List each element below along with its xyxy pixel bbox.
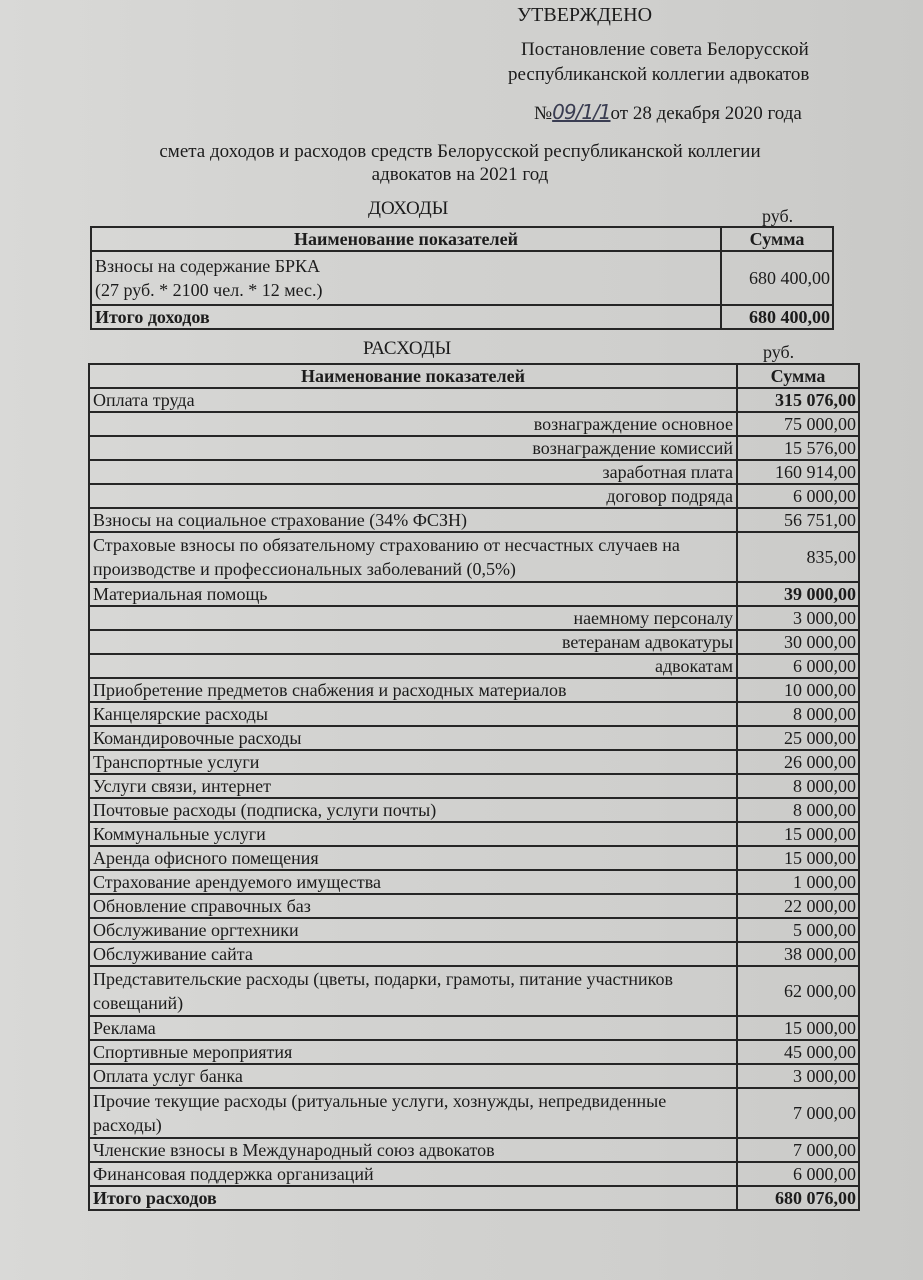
table-row: адвокатам6 000,00	[89, 654, 859, 678]
row-name: Страхование арендуемого имущества	[89, 870, 737, 894]
table-row: заработная плата160 914,00	[89, 460, 859, 484]
row-name: Страховые взносы по обязательному страхо…	[89, 532, 737, 582]
row-name: Оплата труда	[89, 388, 737, 412]
row-amount: 75 000,00	[737, 412, 859, 436]
row-amount: 30 000,00	[737, 630, 859, 654]
row-name: Канцелярские расходы	[89, 702, 737, 726]
income-currency: руб.	[762, 206, 793, 227]
total-amount: 680 076,00	[737, 1186, 859, 1210]
approval-stamp: УТВЕРЖДЕНО	[517, 4, 652, 27]
table-row: Членские взносы в Международный союз адв…	[89, 1138, 859, 1162]
table-row: Материальная помощь39 000,00	[89, 582, 859, 606]
row-name: Аренда офисного помещения	[89, 846, 737, 870]
table-row: Транспортные услуги26 000,00	[89, 750, 859, 774]
table-row: Взносы на социальное страхование (34% ФС…	[89, 508, 859, 532]
title-line-2: адвокатов на 2021 год	[130, 163, 790, 186]
approval-line-2: республиканской коллегии адвокатов	[508, 64, 809, 86]
subitem-name: вознаграждение комиссий	[89, 436, 737, 460]
table-row: Обслуживание оргтехники5 000,00	[89, 918, 859, 942]
approval-date: от 28 декабря 2020 года	[611, 103, 802, 124]
row-name: Почтовые расходы (подписка, услуги почты…	[89, 798, 737, 822]
row-amount: 835,00	[737, 532, 859, 582]
subitem-name: вознаграждение основное	[89, 412, 737, 436]
row-amount: 15 000,00	[737, 822, 859, 846]
expense-total-row: Итого расходов 680 076,00	[89, 1186, 859, 1210]
row-amount: 5 000,00	[737, 918, 859, 942]
row-name: Услуги связи, интернет	[89, 774, 737, 798]
subitem-name: заработная плата	[89, 460, 737, 484]
row-name: Представительские расходы (цветы, подарк…	[89, 966, 737, 1016]
row-amount: 38 000,00	[737, 942, 859, 966]
table-row: Взносы на содержание БРКА (27 руб. * 210…	[91, 251, 833, 305]
table-row: ветеранам адвокатуры30 000,00	[89, 630, 859, 654]
table-row: вознаграждение основное75 000,00	[89, 412, 859, 436]
row-amount: 15 576,00	[737, 436, 859, 460]
row-name-line-2: (27 руб. * 2100 чел. * 12 мес.)	[95, 278, 717, 302]
header-name: Наименование показателей	[89, 364, 737, 388]
row-name: Оплата услуг банка	[89, 1064, 737, 1088]
table-row: Страховые взносы по обязательному страхо…	[89, 532, 859, 582]
expense-table: Наименование показателей Сумма Оплата тр…	[88, 363, 860, 1211]
row-name: Транспортные услуги	[89, 750, 737, 774]
row-amount: 8 000,00	[737, 774, 859, 798]
row-name: Спортивные мероприятия	[89, 1040, 737, 1064]
table-row: Обслуживание сайта38 000,00	[89, 942, 859, 966]
header-amount: Сумма	[737, 364, 859, 388]
row-amount: 6 000,00	[737, 654, 859, 678]
table-row: Командировочные расходы25 000,00	[89, 726, 859, 750]
table-row: наемному персоналу3 000,00	[89, 606, 859, 630]
table-row: Оплата труда315 076,00	[89, 388, 859, 412]
table-row: Финансовая поддержка организаций6 000,00	[89, 1162, 859, 1186]
row-name: Обновление справочных баз	[89, 894, 737, 918]
table-row: Реклама15 000,00	[89, 1016, 859, 1040]
row-name: Коммунальные услуги	[89, 822, 737, 846]
number-sign: №	[534, 103, 552, 124]
table-row: Приобретение предметов снабжения и расхо…	[89, 678, 859, 702]
subitem-name: адвокатам	[89, 654, 737, 678]
row-amount: 6 000,00	[737, 484, 859, 508]
header-amount: Сумма	[721, 227, 833, 251]
total-name: Итого доходов	[91, 305, 721, 329]
table-row: Обновление справочных баз22 000,00	[89, 894, 859, 918]
row-name: Прочие текущие расходы (ритуальные услуг…	[89, 1088, 737, 1138]
row-name: Взносы на содержание БРКА (27 руб. * 210…	[91, 251, 721, 305]
row-name-line-1: Взносы на содержание БРКА	[95, 254, 717, 278]
expense-header-row: Наименование показателей Сумма	[89, 364, 859, 388]
row-amount: 160 914,00	[737, 460, 859, 484]
title-line-1: смета доходов и расходов средств Белорус…	[130, 140, 790, 163]
income-header-row: Наименование показателей Сумма	[91, 227, 833, 251]
table-row: Страхование арендуемого имущества1 000,0…	[89, 870, 859, 894]
row-name: Материальная помощь	[89, 582, 737, 606]
table-row: Оплата услуг банка3 000,00	[89, 1064, 859, 1088]
row-name: Членские взносы в Международный союз адв…	[89, 1138, 737, 1162]
table-row: Спортивные мероприятия45 000,00	[89, 1040, 859, 1064]
approval-block: УТВЕРЖДЕНО Постановление совета Белорусс…	[0, 0, 923, 130]
row-name: Обслуживание оргтехники	[89, 918, 737, 942]
row-amount: 680 400,00	[721, 251, 833, 305]
table-row: Почтовые расходы (подписка, услуги почты…	[89, 798, 859, 822]
row-name: Взносы на социальное страхование (34% ФС…	[89, 508, 737, 532]
table-row: Услуги связи, интернет8 000,00	[89, 774, 859, 798]
total-name: Итого расходов	[89, 1186, 737, 1210]
table-row: Аренда офисного помещения15 000,00	[89, 846, 859, 870]
row-amount: 315 076,00	[737, 388, 859, 412]
table-row: Представительские расходы (цветы, подарк…	[89, 966, 859, 1016]
subitem-name: договор подряда	[89, 484, 737, 508]
row-amount: 3 000,00	[737, 1064, 859, 1088]
table-row: Прочие текущие расходы (ритуальные услуг…	[89, 1088, 859, 1138]
table-row: вознаграждение комиссий15 576,00	[89, 436, 859, 460]
income-section-label: ДОХОДЫ	[368, 198, 448, 220]
header-name: Наименование показателей	[91, 227, 721, 251]
row-name: Приобретение предметов снабжения и расхо…	[89, 678, 737, 702]
income-total-row: Итого доходов 680 400,00	[91, 305, 833, 329]
row-amount: 56 751,00	[737, 508, 859, 532]
row-amount: 7 000,00	[737, 1138, 859, 1162]
faint-margin-text	[880, 690, 910, 920]
row-amount: 15 000,00	[737, 846, 859, 870]
row-amount: 3 000,00	[737, 606, 859, 630]
row-amount: 6 000,00	[737, 1162, 859, 1186]
table-row: Канцелярские расходы8 000,00	[89, 702, 859, 726]
row-amount: 8 000,00	[737, 702, 859, 726]
expense-currency: руб.	[763, 342, 794, 363]
subitem-name: наемному персоналу	[89, 606, 737, 630]
income-table: Наименование показателей Сумма Взносы на…	[90, 226, 834, 330]
row-amount: 8 000,00	[737, 798, 859, 822]
document-title: смета доходов и расходов средств Белорус…	[130, 140, 790, 186]
row-amount: 26 000,00	[737, 750, 859, 774]
table-row: договор подряда6 000,00	[89, 484, 859, 508]
handwritten-number: 09/1/1	[552, 100, 610, 124]
row-name: Обслуживание сайта	[89, 942, 737, 966]
row-amount: 39 000,00	[737, 582, 859, 606]
approval-line-1: Постановление совета Белорусской	[521, 39, 809, 61]
row-amount: 15 000,00	[737, 1016, 859, 1040]
row-amount: 25 000,00	[737, 726, 859, 750]
row-name: Финансовая поддержка организаций	[89, 1162, 737, 1186]
table-row: Коммунальные услуги15 000,00	[89, 822, 859, 846]
row-name: Командировочные расходы	[89, 726, 737, 750]
row-amount: 1 000,00	[737, 870, 859, 894]
total-amount: 680 400,00	[721, 305, 833, 329]
expense-section-label: РАСХОДЫ	[363, 338, 451, 360]
row-amount: 7 000,00	[737, 1088, 859, 1138]
subitem-name: ветеранам адвокатуры	[89, 630, 737, 654]
approval-number-date: №09/1/1от 28 декабря 2020 года	[534, 100, 802, 125]
row-name: Реклама	[89, 1016, 737, 1040]
row-amount: 62 000,00	[737, 966, 859, 1016]
row-amount: 45 000,00	[737, 1040, 859, 1064]
row-amount: 10 000,00	[737, 678, 859, 702]
row-amount: 22 000,00	[737, 894, 859, 918]
